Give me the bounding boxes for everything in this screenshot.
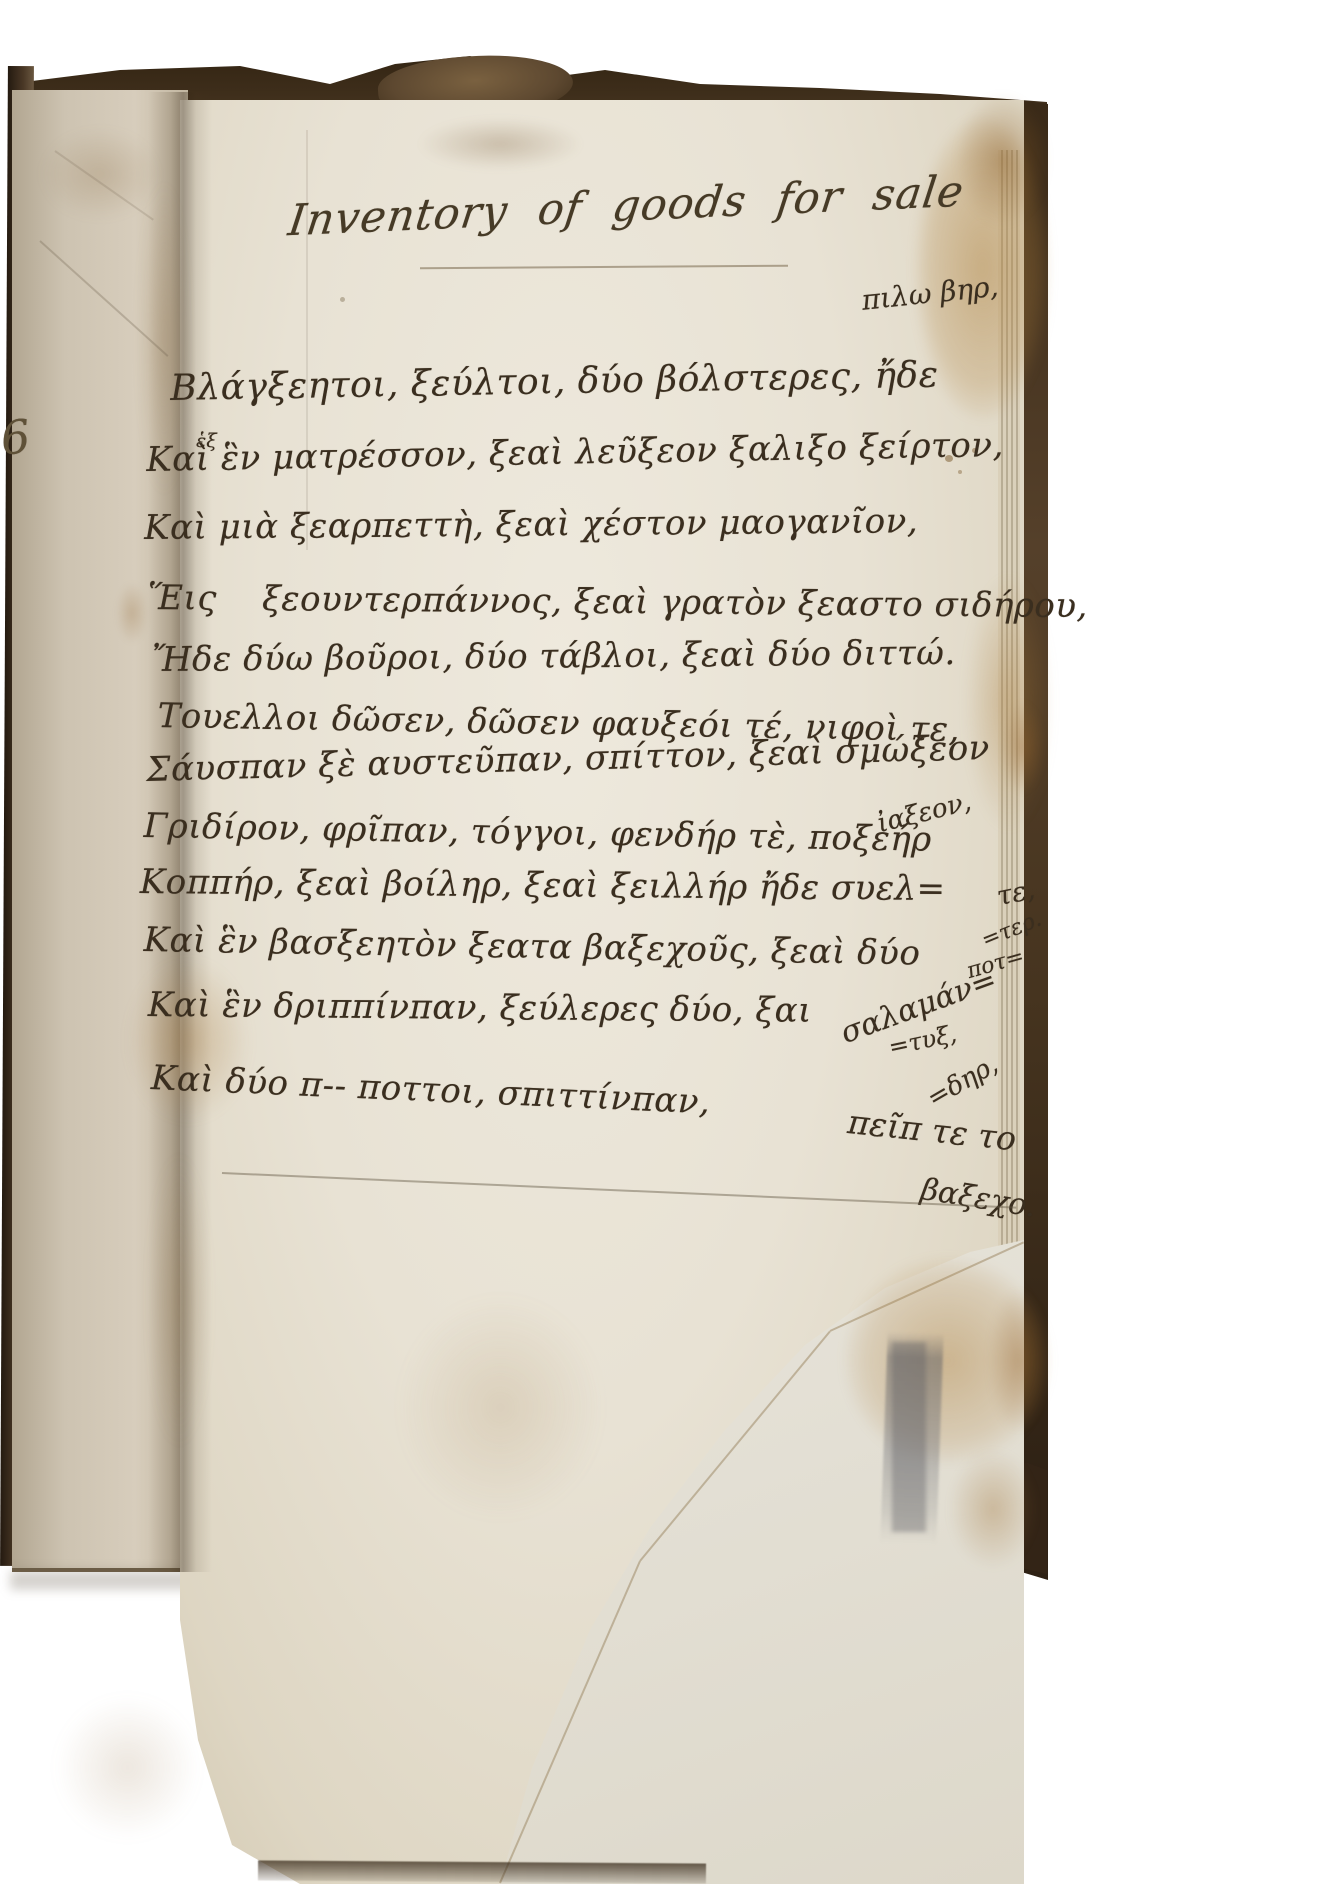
stain	[948, 1448, 1038, 1570]
page-shadow	[10, 1570, 192, 1590]
stain	[418, 118, 583, 170]
stain	[398, 1295, 603, 1520]
manuscript-line: Καὶ μιὰ ξεαρπεττὴ, ξεαὶ χέστον μαογανῖον…	[144, 501, 918, 548]
manuscript-line: Καὶ ἓν δριππίνπαν, ξεύλερες δύο, ξαι	[148, 985, 812, 1031]
marginal-note: ἑξ	[196, 430, 217, 452]
manuscript-line: Ἕις ξεουντερπάννος, ξεαὶ γρατὸν ξεαστο σ…	[148, 578, 1088, 626]
fox-spot	[958, 470, 962, 474]
stain	[988, 1288, 1048, 1433]
marginal-numeral: 6	[0, 409, 33, 466]
manuscript-line: Ἤδε δύω βοῦροι, δύο τάβλοι, ξεαὶ δύο διτ…	[152, 633, 956, 680]
manuscript-photo: 6 Inventory of goods for sale Βλάγξεητοι…	[0, 0, 1332, 1890]
stain	[148, 1150, 210, 1450]
press-mark	[306, 130, 308, 550]
stain	[116, 582, 148, 644]
stain	[955, 92, 1050, 227]
fox-spot	[340, 297, 345, 302]
pencil-smudge	[892, 1342, 926, 1532]
book-bottom-edge	[258, 1860, 706, 1883]
stain	[55, 1695, 200, 1840]
stain	[40, 128, 160, 220]
stain	[1000, 700, 1045, 795]
manuscript-line: Κοππήρ, ξεαὶ βοίληρ, ξεαὶ ξειλλήρ ἤδε συ…	[140, 862, 946, 909]
